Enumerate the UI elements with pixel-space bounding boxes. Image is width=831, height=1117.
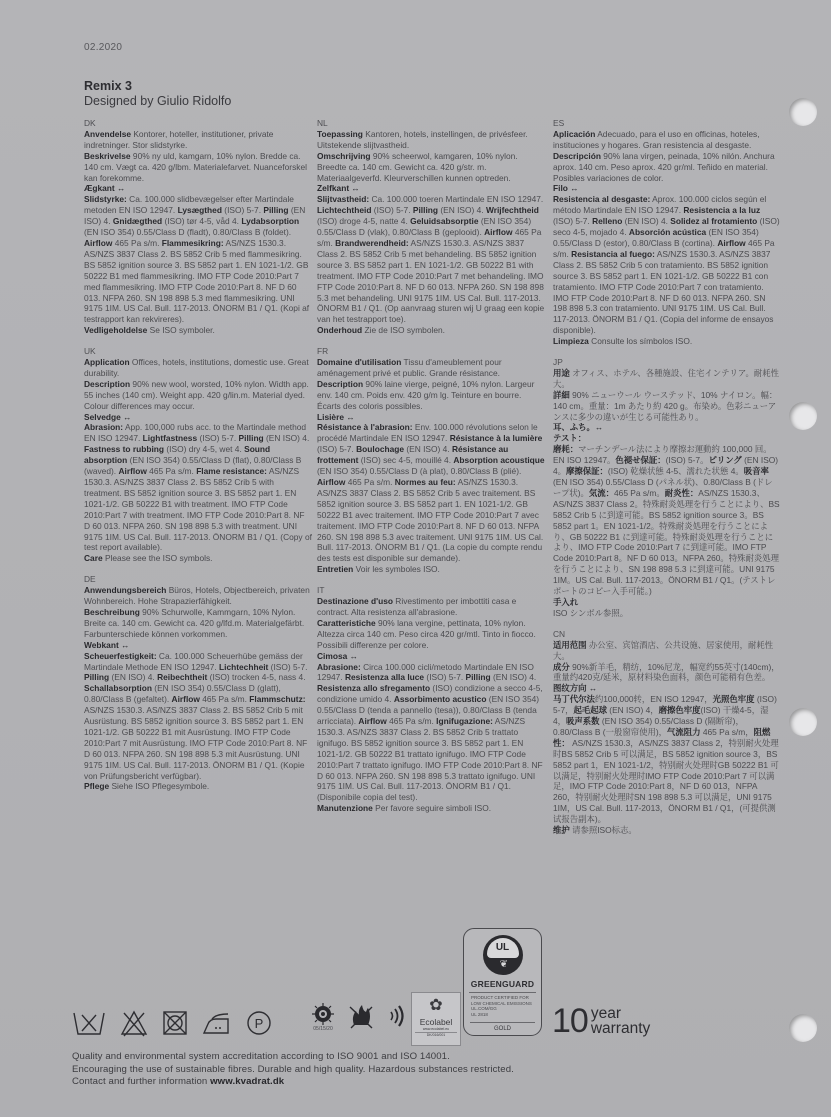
spec-paragraph: 詳細 90% ニューウール ウーステッド、10% ナイロン。幅：140 cm。重… [553,390,781,423]
spec-label: Selvedge ↔ [84,412,131,422]
spec-label: Airflow [358,716,386,726]
spec-label: 成分 [553,662,570,672]
spec-label: Destinazione d'uso [317,596,393,606]
spec-label: Manutenzione [317,803,373,813]
warranty-years: 10 [552,1005,588,1037]
spec-label: 耳、ふち。↔ [553,422,603,432]
spec-label: Domaine d'utilisation [317,357,401,367]
spec-label: Flammesikring: [162,238,224,248]
spec-paragraph: 维护 请参照ISO标志。 [553,825,781,836]
spec-label: Omschrijving [317,151,371,161]
spec-label: Lightfastness [143,433,197,443]
footer-sustainability: Encouraging the use of sustainable fibre… [72,1064,514,1077]
footer: Quality and environmental system accredi… [72,1051,514,1089]
spec-label: Lisière ↔ [317,412,355,422]
spec-paragraph: 适用范围 办公室、宾馆酒店、公共设施、居家使用，耐耗性大。 [553,640,781,662]
spec-label: 光照色牢度 [713,694,755,704]
ul-text: UL [487,938,519,958]
footer-contact-label: Contact and further information [72,1076,210,1087]
spec-label: 起毛起球 [573,705,607,715]
spec-label: Pilling [239,433,264,443]
spec-label: 耐炎性： [665,488,699,498]
warranty-badge: 10 year warranty [552,1005,650,1037]
spec-label: Lichtechtheid [317,205,371,215]
spec-label: Absorption acoustique [453,455,544,465]
spec-label: Résistance à la lumière [450,433,543,443]
do-not-bleach-icon [120,1009,148,1037]
spec-paragraph: Cimosa ↔ [317,651,545,662]
dry-clean-p-icon: P [246,1010,272,1036]
section-uk: UKApplication Offices, hotels, instituti… [84,346,312,564]
spec-label: Caratteristiche [317,618,376,628]
spec-label: Anvendelse [84,129,131,139]
spec-paragraph: Beskrivelse 90% ny uld, kamgarn, 10% nyl… [84,151,312,184]
product-title: Remix 3 [84,79,132,93]
spec-label: Aplicación [553,129,595,139]
spec-label: Airflow [118,466,146,476]
spec-paragraph: Pflege Siehe ISO Pflegesymbole. [84,781,312,792]
spec-paragraph: 成分 90%新羊毛，精纺，10%尼龙，幅宽约55英寸(140cm)，重量约420… [553,662,781,684]
greenguard-details: Product certified for low chemical emiss… [464,995,541,1017]
spec-paragraph: Description 90% laine vierge, peigné, 10… [317,379,545,412]
spec-label: 维护 [553,825,570,835]
spec-label: 磨擦色牢度 [659,705,701,715]
section-fr: FRDomaine d'utilisation Tissu d'ameublem… [317,346,545,575]
ecolabel-url: www.ecolabel.eu [412,1027,460,1031]
spec-label: Toepassing [317,129,363,139]
spec-label: 图纹方向 ↔ [553,683,597,693]
acoustic-icon [388,1003,408,1029]
cigarette-test-caption: 05/15/20 [312,1026,334,1032]
spec-paragraph: Destinazione d'uso Rivestimento per imbo… [317,596,545,618]
spec-label: Assorbimento acustico [394,694,487,704]
spec-paragraph: Application Offices, hotels, institution… [84,357,312,379]
spec-paragraph: Domaine d'utilisation Tissu d'ameublemen… [317,357,545,379]
spec-label: Ægkant ↔ [84,183,125,193]
spec-paragraph: 磨耗：マーチンデール法により摩擦お運動約 100,000 回。EN ISO 12… [553,444,781,597]
spec-label: Gnidægthed [113,216,162,226]
spec-label: Resistenza allo sfregamento [317,683,430,693]
spec-label: Wrijfechtheid [486,205,539,215]
spec-paragraph: Vedligeholdelse Se ISO symboler. [84,325,312,336]
spec-label: Absorción acústica [629,227,706,237]
spec-label: Reibechtheit [157,672,207,682]
spec-label: Cimosa ↔ [317,651,358,661]
spec-label: Resistencia a la luz [683,205,760,215]
spec-label: Flammschutz: [249,694,305,704]
spec-paragraph: Ægkant ↔ [84,183,312,194]
spec-label: Beschreibung [84,607,140,617]
spec-label: Solidez al frotamiento [670,216,757,226]
do-not-wash-icon [72,1009,106,1037]
spec-label: 吸声系数 [566,716,600,726]
website-link[interactable]: www.kvadrat.dk [210,1076,284,1087]
ecolabel-name: Ecolabel [412,1017,460,1027]
spec-label: ピリング [708,455,741,465]
language-code: FR [317,346,545,357]
section-jp: JP用途 オフィス、ホテル、各種施設、住宅インテリア。耐耗性大。詳細 90% ニ… [553,357,781,619]
language-code: ES [553,118,781,129]
spec-label: Abrasione: [317,662,361,672]
spec-label: Pilling [466,672,491,682]
spec-paragraph: 用途 オフィス、ホテル、各種施設、住宅インテリア。耐耗性大。 [553,368,781,390]
spec-paragraph: Limpieza Consulte los símbolos ISO. [553,336,781,347]
gg-line-4: UL 2818 [471,1012,541,1018]
column-middle: NLToepassing Kantoren, hotels, instellin… [317,118,545,824]
warranty-words: year warranty [591,1006,650,1036]
spec-paragraph: Lisière ↔ [317,412,545,423]
language-code: IT [317,585,545,596]
spec-label: Resistancia al fuego: [571,249,655,259]
spec-label: Filo ↔ [553,183,579,193]
binder-hole [789,708,817,736]
spec-label: Lydabsorption [241,216,299,226]
spec-paragraph: Toepassing Kantoren, hotels, instellinge… [317,129,545,151]
section-dk: DKAnvendelse Kontorer, hoteller, institu… [84,118,312,336]
spec-label: 気流： [589,488,614,498]
no-flame-icon [348,1003,374,1029]
language-code: DK [84,118,312,129]
spec-label: Entretien [317,564,353,574]
language-code: NL [317,118,545,129]
spec-paragraph: Slidstyrke: Ca. 100.000 slidbevægelser e… [84,194,312,325]
spec-label: Zelfkant ↔ [317,183,360,193]
column-right: ESAplicación Adecuado, para el uso en of… [553,118,781,846]
spec-label: Anwendungsbereich [84,585,166,595]
greenguard-name: GREENGUARD [464,979,541,989]
spec-paragraph: Onderhoud Zie de ISO symbolen. [317,325,545,336]
language-code: CN [553,629,781,640]
spec-paragraph: Selvedge ↔ [84,412,312,423]
spec-label: Flame resistance: [196,466,267,476]
spec-label: Limpieza [553,336,589,346]
spec-label: Geluidsabsorptie [410,216,478,226]
spec-paragraph: Description 90% new wool, worsted, 10% n… [84,379,312,412]
spec-label: 马丁代尔法 [553,694,595,704]
language-code: UK [84,346,312,357]
section-de: DEAnwendungsbereich Büros, Hotels, Objec… [84,574,312,792]
spec-paragraph: Anwendungsbereich Büros, Hotels, Objectb… [84,585,312,607]
spec-paragraph: Abrasione: Circa 100.000 cicli/metodo Ma… [317,662,545,804]
spec-paragraph: 马丁代尔法约100,000转，EN ISO 12947，光照色牢度 (ISO) … [553,694,781,825]
spec-label: 阻燃性： [553,727,770,748]
language-code: JP [553,357,781,368]
spec-label: Description [84,379,130,389]
spec-label: Airflow [717,238,745,248]
spec-paragraph: Caratteristiche 90% lana vergine, pettin… [317,618,545,651]
spec-label: Airflow [317,477,345,487]
spec-label: Application [84,357,130,367]
section-it: ITDestinazione d'uso Rivestimento per im… [317,585,545,814]
designer-credit: Designed by Giulio Ridolfo [84,94,231,108]
spec-label: Airflow [172,694,200,704]
spec-label: 摩擦保証： [566,466,608,476]
spec-paragraph: Slijtvastheid: Ca. 100.000 toeren Martin… [317,194,545,325]
spec-paragraph: 图纹方向 ↔ [553,683,781,694]
spec-label: Schallabsorption [84,683,152,693]
ul-logo-icon: UL ❦ [483,935,523,975]
spec-label: Care [84,553,103,563]
cigarette-test-icon: 05/15/20 [312,1003,334,1032]
spec-label: Résistance à l'abrasion: [317,422,413,432]
spec-label: Normes au feu: [395,477,456,487]
spec-label: 詳細 [553,390,570,400]
spec-label: Pilling [84,672,109,682]
spec-label: Vedligeholdelse [84,325,147,335]
spec-label: Description [317,379,363,389]
footer-contact: Contact and further information www.kvad… [72,1076,514,1089]
issue-date: 02.2020 [84,42,122,53]
spec-paragraph: 手入れ [553,597,781,608]
column-left: DKAnvendelse Kontorer, hoteller, institu… [84,118,312,802]
care-symbols: P [72,1005,272,1041]
spec-label: Slijtvastheid: [317,194,369,204]
warranty-line2: warranty [591,1020,650,1037]
eu-flower-icon: ✿ [412,995,460,1017]
section-nl: NLToepassing Kantoren, hotels, instellin… [317,118,545,336]
spec-label: Pilling [263,205,288,215]
spec-label: Lichtechheit [219,662,268,672]
spec-label: テスト： [553,433,586,443]
binder-hole [789,402,817,430]
spec-paragraph: テスト： [553,433,781,444]
spec-paragraph: Résistance à l'abrasion: Env. 100.000 ré… [317,422,545,564]
spec-paragraph: Manutenzione Per favore seguire simboli … [317,803,545,814]
section-es: ESAplicación Adecuado, para el uso en of… [553,118,781,347]
spec-label: Boulochage [356,444,404,454]
spec-label: 吸音率 [744,466,769,476]
spec-paragraph: Omschrijving 90% scheerwol, kamgaren, 10… [317,151,545,184]
spec-paragraph: ISO シンボル参照。 [553,608,781,619]
spec-label: 色褪せ保証： [615,455,665,465]
spec-paragraph: Zelfkant ↔ [317,183,545,194]
spec-label: Lysægthed [178,205,222,215]
eu-ecolabel: ✿ Ecolabel www.ecolabel.eu DK/016/001 [411,992,461,1046]
svg-text:P: P [255,1016,264,1031]
spec-paragraph: Care Please see the ISO symbols. [84,553,312,564]
spec-label: 适用范围 [553,640,587,650]
spec-label: Resistencia al desgaste: [553,194,650,204]
footer-accreditation: Quality and environmental system accredi… [72,1051,514,1064]
spec-label: Relleno [592,216,622,226]
spec-label: Pflege [84,781,109,791]
spec-label: 气流阻力 [667,727,701,737]
spec-label: Descripción [553,151,601,161]
spec-label: Webkant ↔ [84,640,129,650]
language-code: DE [84,574,312,585]
spec-label: Brandwerendheid: [335,238,409,248]
spec-label: Slidstyrke: [84,194,127,204]
spec-label: 磨耗： [553,444,578,454]
greenguard-badge: UL ❦ GREENGUARD Product certified for lo… [463,928,542,1036]
spec-paragraph: Beschreibung 90% Schurwolle, Kammgarn, 1… [84,607,312,640]
spec-label: Abrasion: [84,422,123,432]
binder-hole [789,1014,817,1042]
spec-paragraph: Anvendelse Kontorer, hoteller, instituti… [84,129,312,151]
spec-paragraph: Aplicación Adecuado, para el uso en offi… [553,129,781,151]
spec-label: 用途 [553,368,570,378]
spec-label: Airflow [84,238,112,248]
spec-paragraph: Resistencia al desgaste: Aprox. 100.000 … [553,194,781,336]
spec-label: Scheuerfestigkeit: [84,651,157,661]
spec-label: Pilling [413,205,438,215]
spec-label: Beskrivelse [84,151,131,161]
spec-label: Resistenza alla luce [345,672,424,682]
section-cn: CN适用范围 办公室、宾馆酒店、公共设施、居家使用，耐耗性大。成分 90%新羊毛… [553,629,781,836]
spec-label: Onderhoud [317,325,362,335]
spec-paragraph: Filo ↔ [553,183,781,194]
spec-paragraph: Scheuerfestigkeit: Ca. 100.000 Scheuerhü… [84,651,312,782]
iron-low-heat-icon [202,1010,232,1036]
leaf-icon: ❦ [500,959,508,970]
spec-label: 手入れ [553,597,578,607]
spec-label: Fastness to rubbing [84,444,164,454]
spec-paragraph: Descripción 90% lana virgen, peinada, 10… [553,151,781,184]
spec-label: Airflow [484,227,512,237]
spec-paragraph: 耳、ふち。↔ [553,422,781,433]
performance-symbols: 05/15/20 [312,1003,408,1032]
spec-paragraph: Entretien Voir les symboles ISO. [317,564,545,575]
spec-paragraph: Abrasion: App. 100,000 rubs acc. to the … [84,422,312,553]
do-not-tumble-dry-icon [162,1010,188,1036]
greenguard-level: GOLD [470,1022,535,1032]
binder-hole [789,98,817,126]
product-data-sheet: 02.2020 Remix 3 Designed by Giulio Ridol… [0,0,831,1117]
ecolabel-code: DK/016/001 [415,1032,457,1037]
spec-label: Ignifugazione: [436,716,493,726]
spec-paragraph: Webkant ↔ [84,640,312,651]
